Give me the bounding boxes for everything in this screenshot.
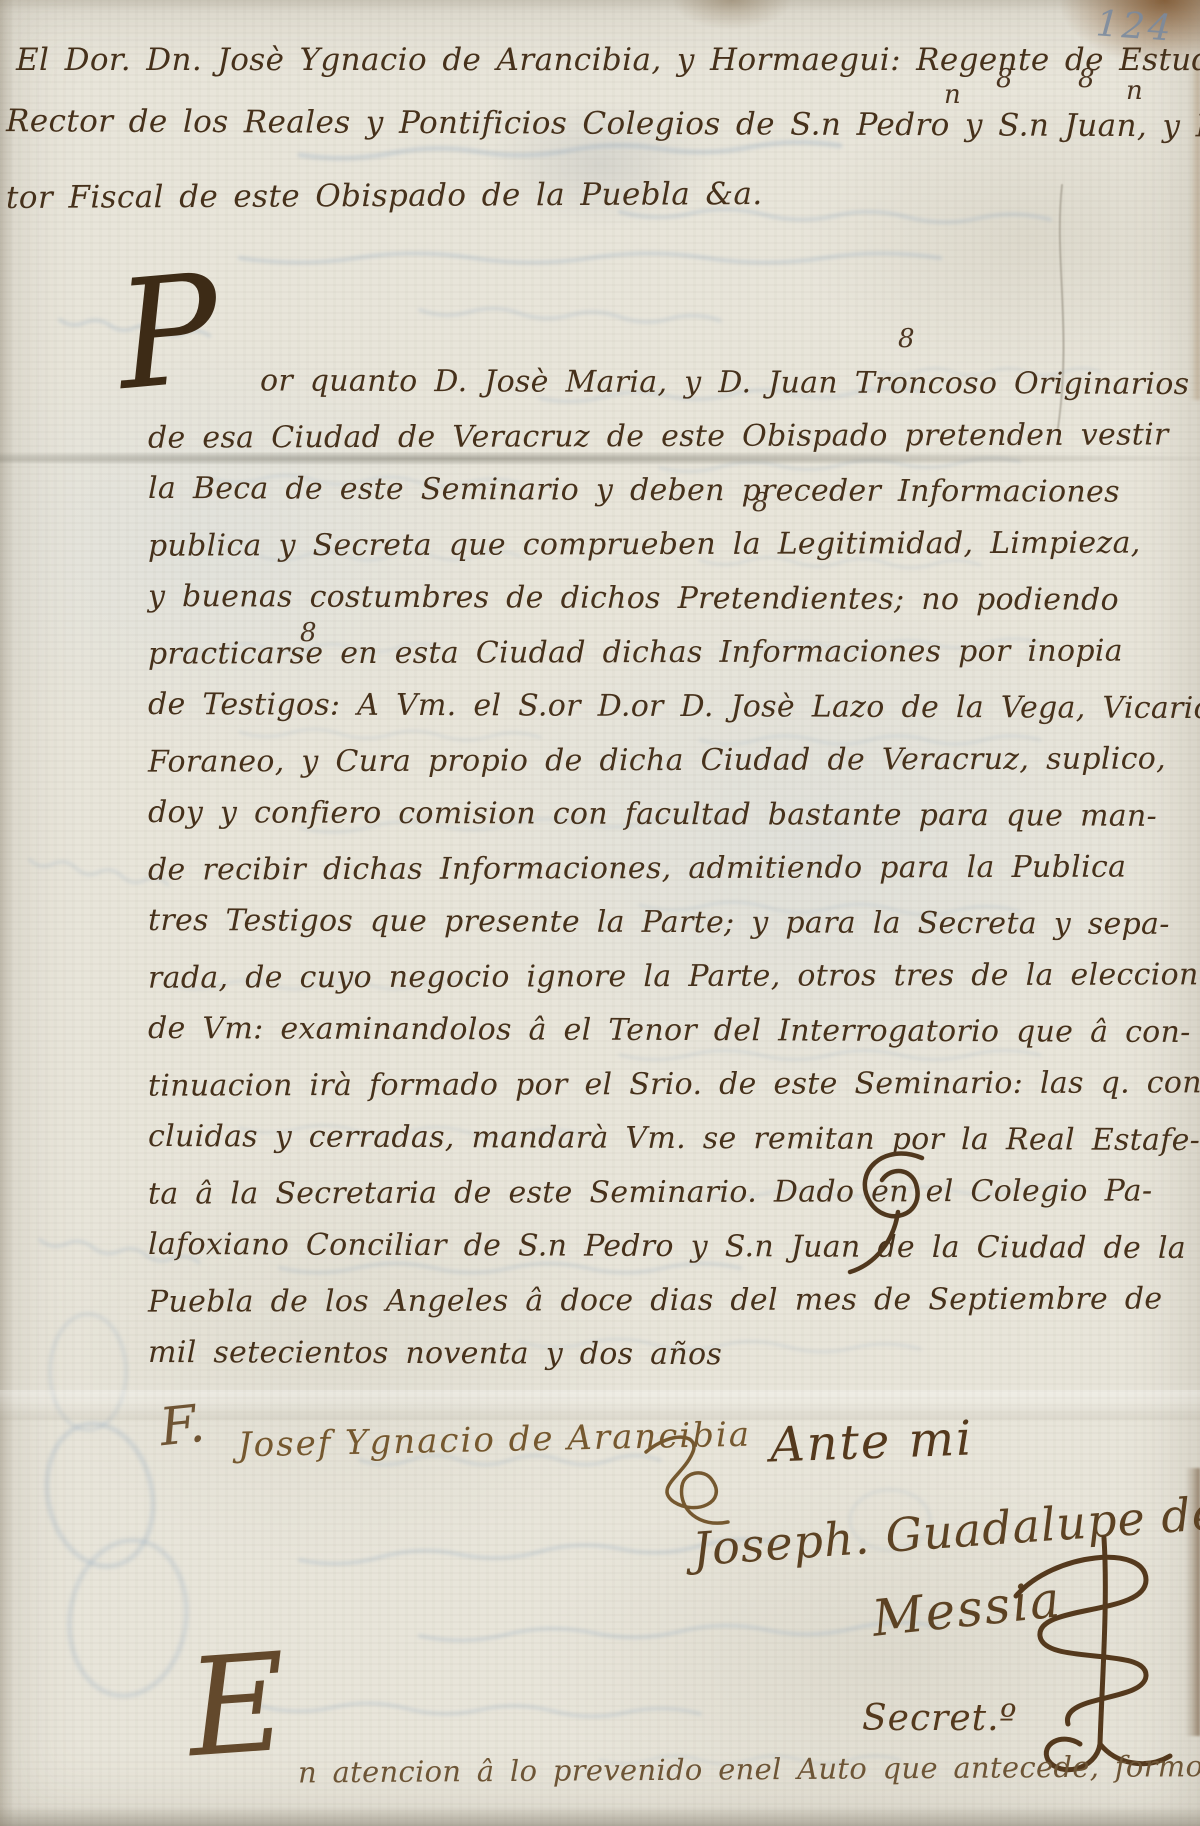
footer-line: n atencion â lo prevenido enel Auto que … [298,1749,1200,1790]
body-line: tres Testigos que presente la Parte; y p… [148,894,1200,952]
bleedthrough-loop [34,1414,166,1576]
scribal-loop-mark: 8 [898,324,915,354]
bleedthrough-squiggle [420,1622,940,1641]
body-line: de Testigos: A Vm. el S.or D.or D. Josè … [148,678,1200,736]
scribal-superscript: n [944,80,961,110]
signature-secretary-line1: Joseph. Guadalupe de [691,1486,1200,1577]
body-line: rada, de cuyo negocio ignore la Parte, o… [148,948,1200,1005]
body-line: publica y Secreta que comprueben la Legi… [148,516,1200,573]
bleedthrough-squiggle [300,142,840,159]
body-line: la Beca de este Seminario y deben preced… [148,462,1200,520]
bleedthrough-loop [60,1533,197,1704]
signature-arancibia: Josef Ygnacio de Arancibia [238,1415,752,1466]
secretary-title: Secret.º [862,1698,1017,1739]
document-body: or quanto D. Josè Maria, y D. Juan Tronc… [148,356,1200,1382]
body-line: de recibir dichas Informaciones, admitie… [148,840,1200,897]
body-line: or quanto D. Josè Maria, y D. Juan Tronc… [148,354,1200,412]
header-line-1: El Dor. Dn. Josè Ygnacio de Arancibia, y… [16,42,1200,78]
signature-secretary-line2: Messia [869,1570,1064,1648]
bleedthrough-squiggle [240,254,940,263]
scribal-superscript: n [1126,76,1143,106]
body-line: lafoxiano Conciliar de S.n Pedro y S.n J… [148,1218,1200,1276]
bleedthrough-squiggle [420,306,720,324]
footer-drop-cap: E [183,1635,291,1777]
body-line: mil setecientos noventa y dos años [148,1326,1200,1384]
body-line: y buenas costumbres de dichos Pretendien… [148,570,1200,628]
header-line-2: Rector de los Reales y Pontificios Coleg… [6,103,1200,145]
body-line: ta â la Secretaria de este Seminario. Da… [148,1164,1200,1221]
body-line: Foraneo, y Cura propio de dicha Ciudad d… [148,732,1200,789]
scribal-loop-mark: 8 [996,64,1013,94]
body-line: doy y confiero comision con facultad bas… [148,786,1200,844]
manuscript-page: 124 El Dor. Dn. Josè Ygnacio de Arancibi… [0,0,1200,1826]
bleedthrough-squiggle [260,1702,700,1719]
body-line: de Vm: examinandolos â el Tenor del Inte… [148,1002,1200,1060]
body-line: Puebla de los Angeles â doce dias del me… [148,1272,1200,1329]
body-line: tinuacion irà formado por el Srio. de es… [148,1056,1200,1113]
header-line-3: tor Fiscal de este Obispado de la Puebla… [6,176,763,216]
notary-paraph: F. [157,1394,208,1458]
body-line: cluidas y cerradas, mandarà Vm. se remit… [148,1110,1200,1168]
ante-mi-text: Ante mi [769,1410,974,1473]
body-line: practicarse en esta Ciudad dichas Inform… [148,624,1200,681]
body-line: de esa Ciudad de Veracruz de este Obispa… [148,408,1200,465]
scribal-loop-mark: 8 [1078,64,1095,94]
